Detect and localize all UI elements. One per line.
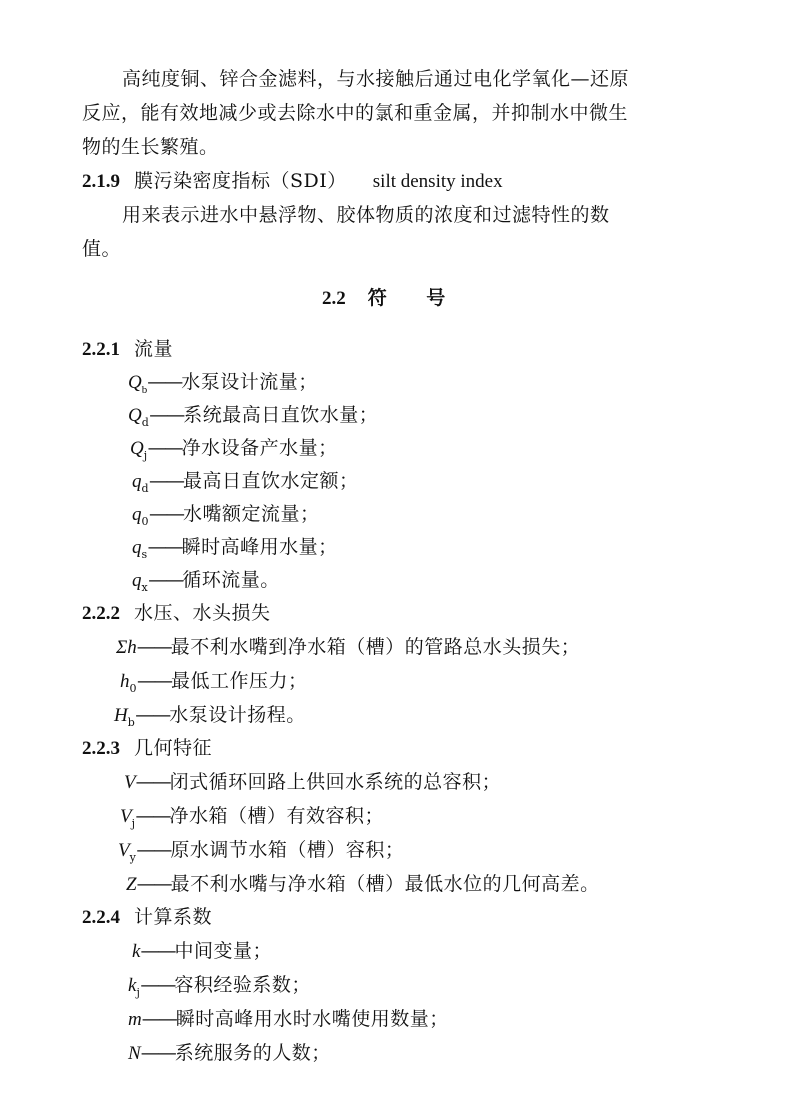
- dash: ——: [141, 1042, 175, 1064]
- symbol-definition: 最不利水嘴到净水箱（槽）的管路总水头损失；: [171, 636, 581, 658]
- dash: ——: [137, 873, 171, 895]
- paragraph-line: 物的生长繁殖。: [82, 134, 219, 160]
- symbol-row: qd——最高日直饮水定额；: [132, 468, 359, 502]
- symbol-subscript: 0: [142, 515, 150, 528]
- paragraph-line: 值。: [82, 236, 121, 262]
- paragraph-line: 高纯度铜、锌合金滤料，与水接触后通过电化学氧化—还原: [122, 66, 629, 92]
- dash: ——: [136, 771, 170, 793]
- symbol-row: m——瞬时高峰用水时水嘴使用数量；: [128, 1006, 449, 1033]
- dash: ——: [149, 470, 183, 492]
- symbol: V: [124, 772, 136, 793]
- dash: ——: [148, 569, 182, 591]
- dash: ——: [149, 404, 183, 426]
- subsection-title: 计算系数: [134, 906, 212, 928]
- subsection-title: 水压、水头损失: [134, 602, 271, 624]
- symbol-row: Qb——水泵设计流量；: [128, 369, 318, 403]
- dash: ——: [142, 1008, 176, 1030]
- symbol: N: [128, 1043, 141, 1064]
- symbol: m: [128, 1009, 142, 1030]
- symbol-row: V——闭式循环回路上供回水系统的总容积；: [124, 769, 501, 796]
- symbol-row: qs——瞬时高峰用水量；: [132, 534, 338, 568]
- symbol: Z: [126, 874, 137, 895]
- symbol-row: h0——最低工作压力；: [120, 668, 308, 702]
- symbol-row: Hb——水泵设计扬程。: [114, 702, 306, 736]
- symbol-definition: 最高日直饮水定额；: [183, 470, 359, 492]
- symbol-row: kj——容积经验系数；: [128, 972, 311, 1006]
- symbol-row: Vj——净水箱（槽）有效容积；: [120, 803, 384, 837]
- dash: ——: [137, 636, 171, 658]
- section-heading: 2.2符 号: [322, 285, 446, 312]
- clause-number: 2.2.3: [82, 738, 120, 759]
- symbol: V: [118, 840, 130, 861]
- symbol: Q: [128, 405, 142, 426]
- symbol-row: Z——最不利水嘴与净水箱（槽）最低水位的几何高差。: [126, 871, 600, 898]
- section-number: 2.2: [322, 288, 346, 309]
- subsection-heading: 2.2.2水压、水头损失: [82, 600, 271, 627]
- symbol-row: Qj——净水设备产水量；: [130, 435, 338, 469]
- symbol-row: k——中间变量；: [132, 938, 272, 965]
- dash: ——: [147, 371, 181, 393]
- symbol-definition: 水泵设计流量；: [181, 371, 318, 393]
- term-2-1-9: 2.1.9膜污染密度指标（SDI）silt density index: [82, 168, 503, 195]
- subsection-title: 流量: [134, 338, 173, 360]
- term-english: silt density index: [373, 171, 503, 192]
- dash: ——: [149, 503, 183, 525]
- symbol-row: Vy——原水调节水箱（槽）容积；: [118, 837, 404, 871]
- symbol-row: Σh——最不利水嘴到净水箱（槽）的管路总水头损失；: [116, 634, 580, 661]
- symbol: Q: [128, 372, 142, 393]
- clause-number: 2.1.9: [82, 171, 120, 192]
- subsection-heading: 2.2.1流量: [82, 336, 173, 363]
- symbol-subscript: d: [142, 482, 150, 495]
- symbol-definition: 净水箱（槽）有效容积；: [170, 805, 385, 827]
- paragraph-line: 用来表示进水中悬浮物、胶体物质的浓度和过滤特性的数: [122, 202, 610, 228]
- symbol-row: N——系统服务的人数；: [128, 1040, 331, 1067]
- subsection-heading: 2.2.4计算系数: [82, 904, 212, 931]
- symbol-subscript: 0: [130, 682, 138, 695]
- symbol-row: q0——水嘴额定流量；: [132, 501, 320, 535]
- dash: ——: [136, 839, 170, 861]
- symbol: q: [132, 504, 142, 525]
- symbol-definition: 原水调节水箱（槽）容积；: [170, 839, 404, 861]
- symbol-definition: 闭式循环回路上供回水系统的总容积；: [170, 771, 502, 793]
- symbol-definition: 瞬时高峰用水时水嘴使用数量；: [176, 1008, 449, 1030]
- subsection-heading: 2.2.3几何特征: [82, 735, 212, 762]
- dash: ——: [137, 670, 171, 692]
- symbol-definition: 最低工作压力；: [171, 670, 308, 692]
- symbol: h: [120, 671, 130, 692]
- subsection-title: 几何特征: [134, 737, 212, 759]
- symbol: V: [120, 806, 132, 827]
- symbol: q: [132, 471, 142, 492]
- symbol-definition: 瞬时高峰用水量；: [182, 536, 338, 558]
- symbol-definition: 水泵设计扬程。: [169, 704, 306, 726]
- dash: ——: [148, 437, 182, 459]
- clause-number: 2.2.4: [82, 907, 120, 928]
- dash: ——: [136, 805, 170, 827]
- symbol-definition: 水嘴额定流量；: [183, 503, 320, 525]
- symbol-definition: 中间变量；: [174, 940, 272, 962]
- symbol-definition: 容积经验系数；: [174, 974, 311, 996]
- dash: ——: [148, 536, 182, 558]
- symbol: q: [132, 570, 142, 591]
- symbol-definition: 循环流量。: [182, 569, 280, 591]
- symbol-definition: 净水设备产水量；: [182, 437, 338, 459]
- symbol: Q: [130, 438, 144, 459]
- dash: ——: [140, 940, 174, 962]
- symbol-definition: 系统最高日直饮水量；: [183, 404, 378, 426]
- symbol-definition: 系统服务的人数；: [175, 1042, 331, 1064]
- symbol-definition: 最不利水嘴与净水箱（槽）最低水位的几何高差。: [171, 873, 600, 895]
- clause-number: 2.2.1: [82, 339, 120, 360]
- symbol: H: [114, 705, 128, 726]
- term-title: 膜污染密度指标（SDI）: [134, 170, 347, 192]
- paragraph-line: 反应，能有效地减少或去除水中的氯和重金属，并抑制水中微生: [82, 100, 628, 126]
- symbol: Σh: [116, 637, 137, 658]
- symbol-row: Qd——系统最高日直饮水量；: [128, 402, 378, 436]
- section-title: 符 号: [368, 287, 446, 309]
- dash: ——: [135, 704, 169, 726]
- dash: ——: [140, 974, 174, 996]
- clause-number: 2.2.2: [82, 603, 120, 624]
- symbol: q: [132, 537, 142, 558]
- symbol-row: qx——循环流量。: [132, 567, 280, 601]
